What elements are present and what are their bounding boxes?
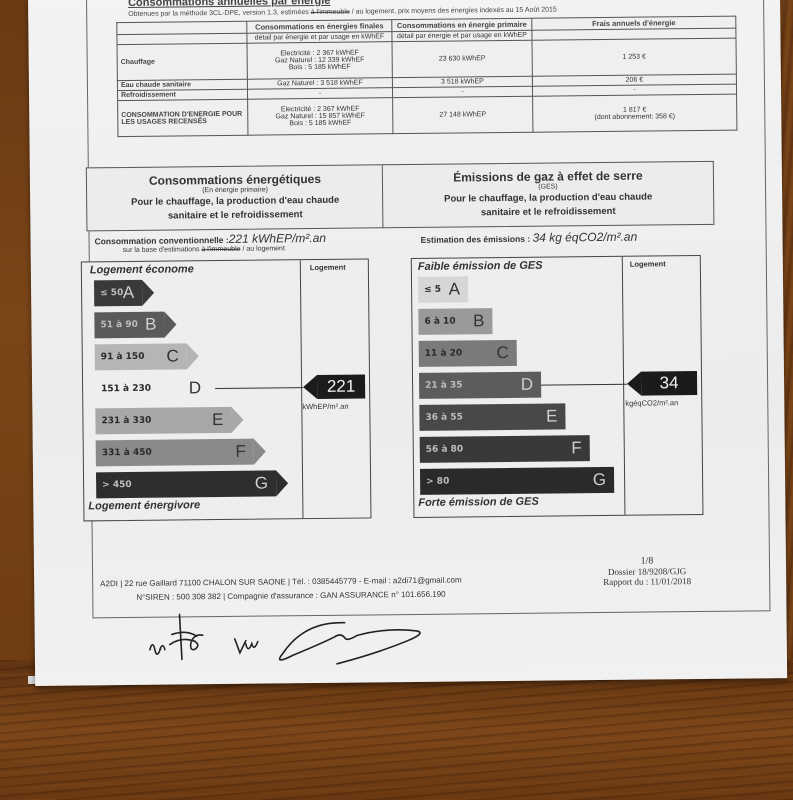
rating-letter: A — [449, 279, 461, 299]
energy-consumption-value: Consommation conventionnelle :221 kWhEP/… — [94, 231, 326, 247]
energy-value-unit: kWhEP/m².an — [302, 402, 348, 411]
rating-letter: C — [496, 343, 508, 363]
energy-value-marker: 221 — [317, 374, 365, 399]
rating-bar-b: 51 à 90B — [94, 312, 164, 339]
ges-value-unit: kgéqCO2/m².an — [625, 398, 678, 408]
rating-letter: G — [255, 474, 268, 494]
rating-bar-a: ≤ 50A — [94, 280, 142, 307]
rating-range: 21 à 35 — [425, 380, 462, 390]
rating-range: 6 à 10 — [424, 317, 455, 327]
rating-letter: B — [145, 315, 157, 335]
table-row-total: CONSOMMATION D'ENERGIE POUR LES USAGES R… — [118, 94, 737, 136]
rating-bar-e: 231 à 330E — [95, 407, 231, 434]
rating-bar-f: 331 à 450F — [96, 439, 254, 467]
rating-range: > 450 — [102, 480, 132, 490]
rating-bar-d: 21 à 35D — [419, 372, 541, 399]
energy-label-chart: Logement économe Logement Logement énerg… — [81, 258, 372, 521]
rating-letter: D — [189, 378, 201, 398]
energy-panel-header: Consommations énergétiques (En énergie p… — [86, 164, 385, 231]
rating-range: 231 à 330 — [101, 416, 151, 427]
rating-bar-a: ≤ 5A — [418, 276, 468, 303]
ges-panel-header: Émissions de gaz à effet de serre (GES) … — [382, 161, 715, 228]
rating-letter: F — [235, 442, 246, 462]
ges-value-marker: 34 — [641, 371, 697, 396]
rating-bar-b: 6 à 10B — [418, 308, 492, 335]
marker-connector-line — [215, 387, 303, 389]
rating-bar-d: 151 à 230D — [95, 375, 209, 402]
rating-range: 11 à 20 — [425, 348, 462, 358]
rating-bar-g: > 80G — [420, 467, 614, 495]
rating-letter: B — [473, 311, 485, 331]
rating-range: ≤ 50 — [100, 288, 123, 298]
rating-range: 51 à 90 — [100, 320, 137, 330]
rating-letter: E — [212, 410, 224, 430]
marker-connector-line — [541, 384, 627, 386]
dpe-document-page: Consommations annuelles par énergie Obte… — [28, 0, 787, 686]
rating-letter: A — [123, 283, 135, 303]
rating-bar-f: 56 à 80F — [420, 435, 590, 463]
rating-range: > 80 — [426, 477, 449, 487]
rating-letter: D — [521, 375, 533, 395]
rating-bar-e: 36 à 55E — [419, 403, 565, 431]
rating-range: 36 à 55 — [425, 412, 462, 422]
page-info: 1/8 Dossier 18/9208/GJG Rapport du : 11/… — [592, 555, 702, 587]
rating-range: 331 à 450 — [102, 448, 152, 459]
signature — [139, 601, 480, 675]
rating-letter: E — [546, 406, 558, 426]
rating-bar-g: > 450G — [96, 470, 276, 498]
annual-consumption-table: Consommations en énergies finales Consom… — [116, 16, 737, 137]
rating-bar-c: 91 à 150C — [95, 343, 187, 370]
rating-range: ≤ 5 — [424, 285, 441, 295]
rating-range: 151 à 230 — [101, 384, 151, 395]
rating-letter: G — [593, 470, 606, 490]
rating-range: 56 à 80 — [426, 444, 463, 454]
rating-letter: C — [166, 346, 178, 366]
report-date: Rapport du : 11/01/2018 — [592, 576, 702, 587]
ges-emission-value: Estimation des émissions : 34 kg éqCO2/m… — [420, 230, 637, 246]
rating-bar-c: 11 à 20C — [419, 340, 517, 367]
ges-label-chart: Faible émission de GES Logement Forte ém… — [411, 255, 704, 518]
rating-range: 91 à 150 — [101, 352, 145, 362]
rating-letter: F — [571, 438, 582, 458]
